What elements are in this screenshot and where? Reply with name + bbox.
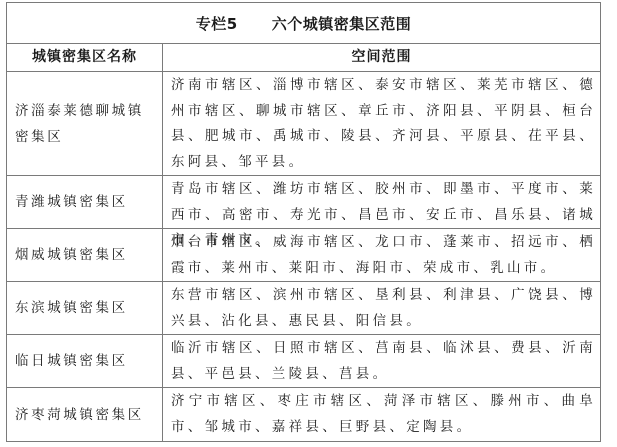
cluster-scope: 东营市辖区、滨州市辖区、垦利县、利津县、广饶县、博兴县、沾化县、惠民县、阳信县。 bbox=[163, 282, 600, 334]
cluster-scope: 济南市辖区、淄博市辖区、泰安市辖区、莱芜市辖区、德州市辖区、聊城市辖区、章丘市、… bbox=[163, 72, 600, 175]
table-row: 东滨城镇密集区 东营市辖区、滨州市辖区、垦利县、利津县、广饶县、博兴县、沾化县、… bbox=[7, 282, 600, 335]
cluster-name: 烟威城镇密集区 bbox=[7, 229, 163, 281]
table-row: 烟威城镇密集区 烟台市辖区、威海市辖区、龙口市、蓬莱市、招远市、栖霞市、莱州市、… bbox=[7, 229, 600, 282]
cluster-name: 青潍城镇密集区 bbox=[7, 176, 163, 228]
table-title: 专栏5 六个城镇密集区范围 bbox=[7, 3, 600, 44]
cluster-name: 济淄泰莱德聊城镇密集区 bbox=[7, 72, 163, 175]
cluster-scope: 烟台市辖区、威海市辖区、龙口市、蓬莱市、招远市、栖霞市、莱州市、莱阳市、海阳市、… bbox=[163, 229, 600, 281]
cluster-name: 东滨城镇密集区 bbox=[7, 282, 163, 334]
table-row: 济淄泰莱德聊城镇密集区 济南市辖区、淄博市辖区、泰安市辖区、莱芜市辖区、德州市辖… bbox=[7, 72, 600, 176]
header-cluster-name: 城镇密集区名称 bbox=[7, 44, 163, 71]
header-row: 城镇密集区名称 空间范围 bbox=[7, 44, 600, 72]
cluster-scope: 临沂市辖区、日照市辖区、莒南县、临沭县、费县、沂南县、平邑县、兰陵县、莒县。 bbox=[163, 335, 600, 387]
cluster-name: 济枣菏城镇密集区 bbox=[7, 388, 163, 441]
table-row: 青潍城镇密集区 青岛市辖区、潍坊市辖区、胶州市、即墨市、平度市、莱西市、高密市、… bbox=[7, 176, 600, 229]
column-label: 专栏5 bbox=[196, 13, 238, 34]
table-row: 济枣菏城镇密集区 济宁市辖区、枣庄市辖区、菏泽市辖区、滕州市、曲阜市、邹城市、嘉… bbox=[7, 388, 600, 441]
cluster-scope: 青岛市辖区、潍坊市辖区、胶州市、即墨市、平度市、莱西市、高密市、寿光市、昌邑市、… bbox=[163, 176, 600, 228]
header-spatial-scope: 空间范围 bbox=[163, 44, 600, 71]
urban-cluster-table: 专栏5 六个城镇密集区范围 城镇密集区名称 空间范围 济淄泰莱德聊城镇密集区 济… bbox=[6, 2, 601, 442]
table-row: 临日城镇密集区 临沂市辖区、日照市辖区、莒南县、临沭县、费县、沂南县、平邑县、兰… bbox=[7, 335, 600, 388]
cluster-name: 临日城镇密集区 bbox=[7, 335, 163, 387]
title-text: 六个城镇密集区范围 bbox=[272, 13, 412, 34]
cluster-scope: 济宁市辖区、枣庄市辖区、菏泽市辖区、滕州市、曲阜市、邹城市、嘉祥县、巨野县、定陶… bbox=[163, 388, 600, 441]
